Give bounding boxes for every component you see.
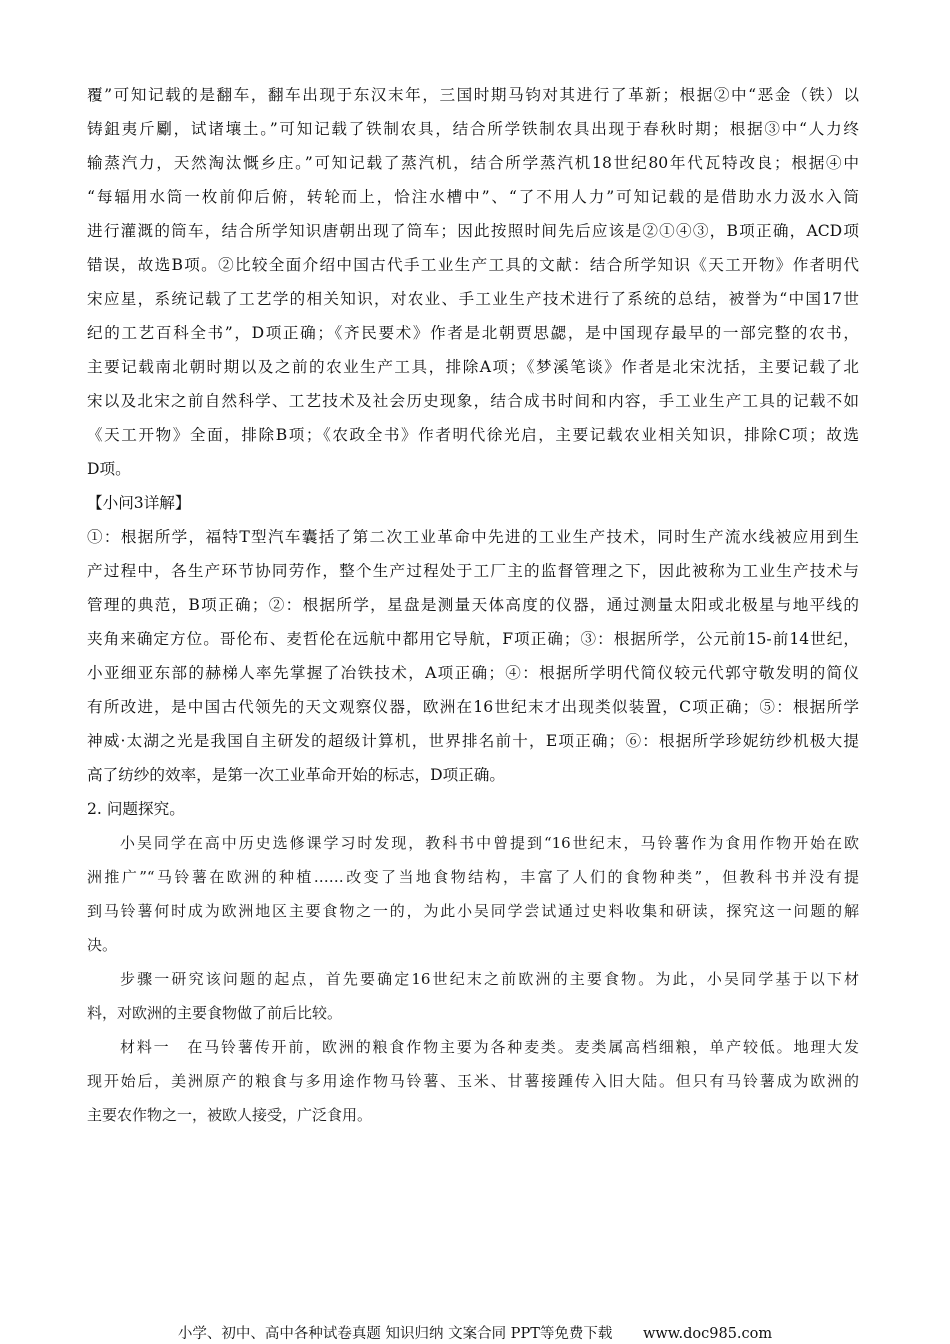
text-line: 有所改进，是中国古代领先的天文观察仪器，欧洲在16世纪末才出现类似装置，C项正确… xyxy=(87,690,859,724)
sub-question-3-block: 【小问3详解】 ①：根据所学，福特T型汽车囊括了第二次工业革命中先进的工业生产技… xyxy=(87,486,859,792)
text-line: 现开始后，美洲原产的粮食与多用途作物马铃薯、玉米、甘薯接踵传入旧大陆。但只有马铃… xyxy=(87,1064,859,1098)
text-line: 宋以及北宋之前自然科学、工艺技术及社会历史现象，结合成书时间和内容，手工业生产工… xyxy=(87,384,859,418)
text-line: 铸鉏夷斤劚，试诸壤土。”可知记载了铁制农具，结合所学铁制农具出现于春秋时期；根据… xyxy=(87,112,859,146)
text-line: 进行灌溉的筒车，结合所学知识唐朝出现了筒车；因此按照时间先后应该是②①④③，B项… xyxy=(87,214,859,248)
text-line: 错误，故选B项。②比较全面介绍中国古代手工业生产工具的文献：结合所学知识《天工开… xyxy=(87,248,859,282)
text-line: 夹角来确定方位。哥伦布、麦哲伦在远航中都用它导航，F项正确；③：根据所学，公元前… xyxy=(87,622,859,656)
text-line: 材料一 在马铃薯传开前，欧洲的粮食作物主要为各种麦类。麦类属高档细粮，单产较低。… xyxy=(87,1030,859,1064)
paragraph: 小吴同学在高中历史选修课学习时发现，教科书中曾提到“16世纪末，马铃薯作为食用作… xyxy=(87,826,859,962)
text-line: 宋应星，系统记载了工艺学的相关知识，对农业、手工业生产技术进行了系统的总结，被誉… xyxy=(87,282,859,316)
text-line: 产过程中，各生产环节协同劳作，整个生产过程处于工厂主的监督管理之下，因此被称为工… xyxy=(87,554,859,588)
text-line: 洲推广”“马铃薯在欧洲的种植……改变了当地食物结构，丰富了人们的食物种类”，但教… xyxy=(87,860,859,894)
paragraph: 步骤一研究该问题的起点，首先要确定16世纪末之前欧洲的主要食物。为此，小吴同学基… xyxy=(87,962,859,1030)
text-line: 管理的典范，B项正确；②：根据所学，星盘是测量天体高度的仪器，通过测量太阳或北极… xyxy=(87,588,859,622)
question-2-block: 2. 问题探究。 小吴同学在高中历史选修课学习时发现，教科书中曾提到“16世纪末… xyxy=(87,792,859,1132)
document-page: 覆”可知记载的是翻车，翻车出现于东汉末年，三国时期马钧对其进行了革新；根据②中“… xyxy=(87,78,859,1132)
text-line: “每辐用水筒一枚前仰后俯，转轮而上，恰注水槽中”、“了不用人力”可知记载的是借助… xyxy=(87,180,859,214)
material-1-paragraph: 材料一 在马铃薯传开前，欧洲的粮食作物主要为各种麦类。麦类属高档细粮，单产较低。… xyxy=(87,1030,859,1132)
text-line: 到马铃薯何时成为欧洲地区主要食物之一的，为此小吴同学尝试通过史料收集和研读，探究… xyxy=(87,894,859,928)
text-line: 《天工开物》全面，排除B项；《农政全书》作者明代徐光启，主要记载农业相关知识，排… xyxy=(87,418,859,452)
text-line: 覆”可知记载的是翻车，翻车出现于东汉末年，三国时期马钧对其进行了革新；根据②中“… xyxy=(87,78,859,112)
text-line: 主要记载南北朝时期以及之前的农业生产工具，排除A项；《梦溪笔谈》作者是北宋沈括，… xyxy=(87,350,859,384)
text-line: 小吴同学在高中历史选修课学习时发现，教科书中曾提到“16世纪末，马铃薯作为食用作… xyxy=(87,826,859,860)
text-line: 高了纺纱的效率，是第一次工业革命开始的标志，D项正确。 xyxy=(87,758,859,792)
text-line: 步骤一研究该问题的起点，首先要确定16世纪末之前欧洲的主要食物。为此，小吴同学基… xyxy=(87,962,859,996)
answer-explanation-block: 覆”可知记载的是翻车，翻车出现于东汉末年，三国时期马钧对其进行了革新；根据②中“… xyxy=(87,78,859,486)
text-line: 料，对欧洲的主要食物做了前后比较。 xyxy=(87,996,859,1030)
footer-link[interactable]: www.doc985.com xyxy=(643,1326,772,1342)
text-line: 主要农作物之一，被欧人接受，广泛食用。 xyxy=(87,1098,859,1132)
page-footer: 小学、初中、高中各种试卷真题 知识归纳 文案合同 PPT等免费下载 www.do… xyxy=(0,1322,950,1343)
text-line: D项。 xyxy=(87,452,859,486)
text-line: 神威·太湖之光是我国自主研发的超级计算机，世界排名前十，E项正确；⑥：根据所学珍… xyxy=(87,724,859,758)
footer-text: 小学、初中、高中各种试卷真题 知识归纳 文案合同 PPT等免费下载 xyxy=(178,1326,613,1342)
question-heading: 2. 问题探究。 xyxy=(87,792,859,826)
text-line: ①：根据所学，福特T型汽车囊括了第二次工业革命中先进的工业生产技术，同时生产流水… xyxy=(87,520,859,554)
text-line: 纪的工艺百科全书”，D项正确；《齐民要术》作者是北朝贾思勰，是中国现存最早的一部… xyxy=(87,316,859,350)
section-heading: 【小问3详解】 xyxy=(87,486,859,520)
text-line: 决。 xyxy=(87,928,859,962)
text-line: 小亚细亚东部的赫梯人率先掌握了冶铁技术，A项正确；④：根据所学明代简仪较元代郭守… xyxy=(87,656,859,690)
text-line: 输蒸汽力，天然淘汰慨乡庄。”可知记载了蒸汽机，结合所学蒸汽机18世纪80年代瓦特… xyxy=(87,146,859,180)
